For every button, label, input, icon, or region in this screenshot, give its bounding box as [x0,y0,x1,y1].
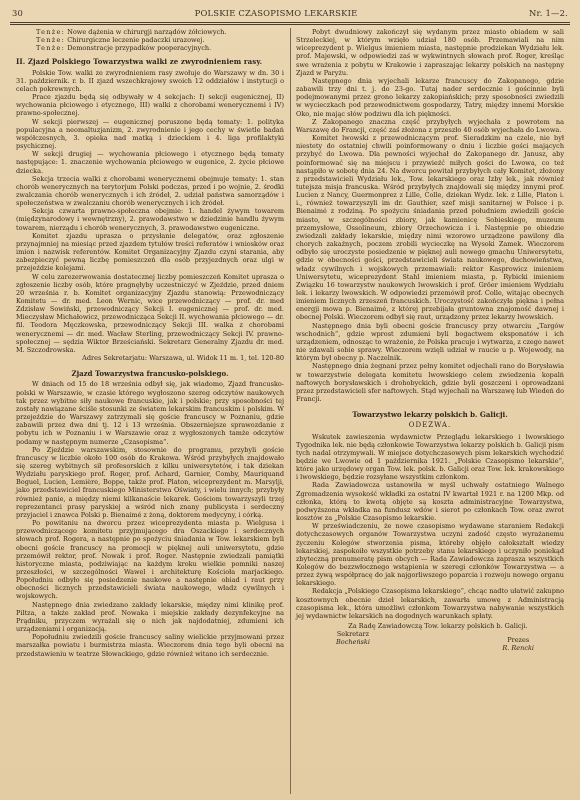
section-heading-franco-polish: Zjazd Towarzystwa francusko-polskiego. [16,370,284,378]
paragraph: Następnego dnia byli obecni goście franc… [296,322,564,363]
appeal-subheading: ODEZWA. [296,421,564,429]
paragraph: Popołudniu zwiedzili goście francuscy sa… [16,633,284,657]
signature-secretary: Sekretarz Bocheński [336,630,370,652]
tenze-item: Tenże: Demonstracje przypadków pooperacy… [36,44,284,52]
section-heading-eugenics-congress: II. Zjazd Polskiego Towarzystwa walki ze… [16,58,284,66]
paragraph: Prace zjazdu będą się odbywały w 4 sekcj… [16,93,284,117]
paragraph: Z Zakopanego znaczna część przybyłych wy… [296,118,564,134]
header-rule [10,22,570,25]
paragraph: W dniach od 15 do 18 września odbył się,… [16,380,284,445]
journal-page: 30 POLSKIE CZASOPISMO LEKARSKIE Nr. 1—2.… [0,0,580,800]
paragraph: W sekcji drugiej — wychowania płciowego … [16,150,284,174]
column-divider [290,28,291,794]
paragraph: Następnego dnia żegnani przez pełny komi… [296,362,564,403]
journal-title: POLSKIE CZASOPISMO LEKARSKIE [23,8,529,18]
paragraph: Po Zjeździe warszawskim, stosownie do pr… [16,446,284,519]
paragraph: W celu zarezerwowania dostatecznej liczb… [16,273,284,355]
paragraph: Komitet zjazdu uprasza o przysłanie dele… [16,232,284,273]
paragraph: Następnego dnia wyjechali lekarze francu… [296,77,564,118]
left-column: Tenże: Nowe dążenia w chirurgji narządów… [16,28,284,800]
issue-number: Nr. 1—2. [529,8,568,18]
appeal-heading: Towarzystwo lekarzy polskich b. Galicji. [296,411,564,419]
paragraph: Komitet lwowski z przewodniczącym prof. … [296,134,564,322]
paragraph: Polskie Tow. walki ze zwyrodnieniem rasy… [16,69,284,93]
right-column: Pobyt dwudniowy zakończył się wydanym pr… [296,28,564,800]
secretariat-address: Adres Sekretarjatu: Warszawa, ul. Widok … [16,354,284,362]
page-number: 30 [12,8,23,18]
paragraph: Sekcja czwarta prawno-społeczna obejmie:… [16,207,284,231]
paragraph: W przeświadczeniu, że nowe czasopismo wy… [296,522,564,587]
paragraph: Pobyt dwudniowy zakończył się wydanym pr… [296,28,564,77]
signatures: Sekretarz Bocheński Prezes R. Rencki [296,630,564,652]
paragraph: W sekcji pierwszej — eugenicznej poruszo… [16,118,284,151]
paragraph: Redakcja „Polskiego Czasopisma lekarskie… [296,587,564,620]
signature-president: Prezes R. Rencki [502,636,534,652]
page-header: 30 POLSKIE CZASOPISMO LEKARSKIE Nr. 1—2. [12,6,568,20]
paragraph: Wskutek zawieszenia wydawnictw Przeglądu… [296,433,564,482]
paragraph: Rada Zawiadowcza ustanowiła w myśl uchwa… [296,481,564,522]
paragraph: Sekcja trzecia walki z chorobami weneryc… [16,175,284,208]
appeal-signoff: Za Radę Zawiadowczą Tow. lekarzy polskic… [296,622,564,630]
paragraph: Następnego dnia zwiedzano zakłady lekars… [16,601,284,634]
tenze-item: Tenże: Chirurgiczne leczenie padaczki ur… [36,36,284,44]
tenze-item: Tenże: Nowe dążenia w chirurgji narządów… [36,28,284,36]
paragraph: Po powitaniu na dworcu przez wiceprezyde… [16,519,284,601]
